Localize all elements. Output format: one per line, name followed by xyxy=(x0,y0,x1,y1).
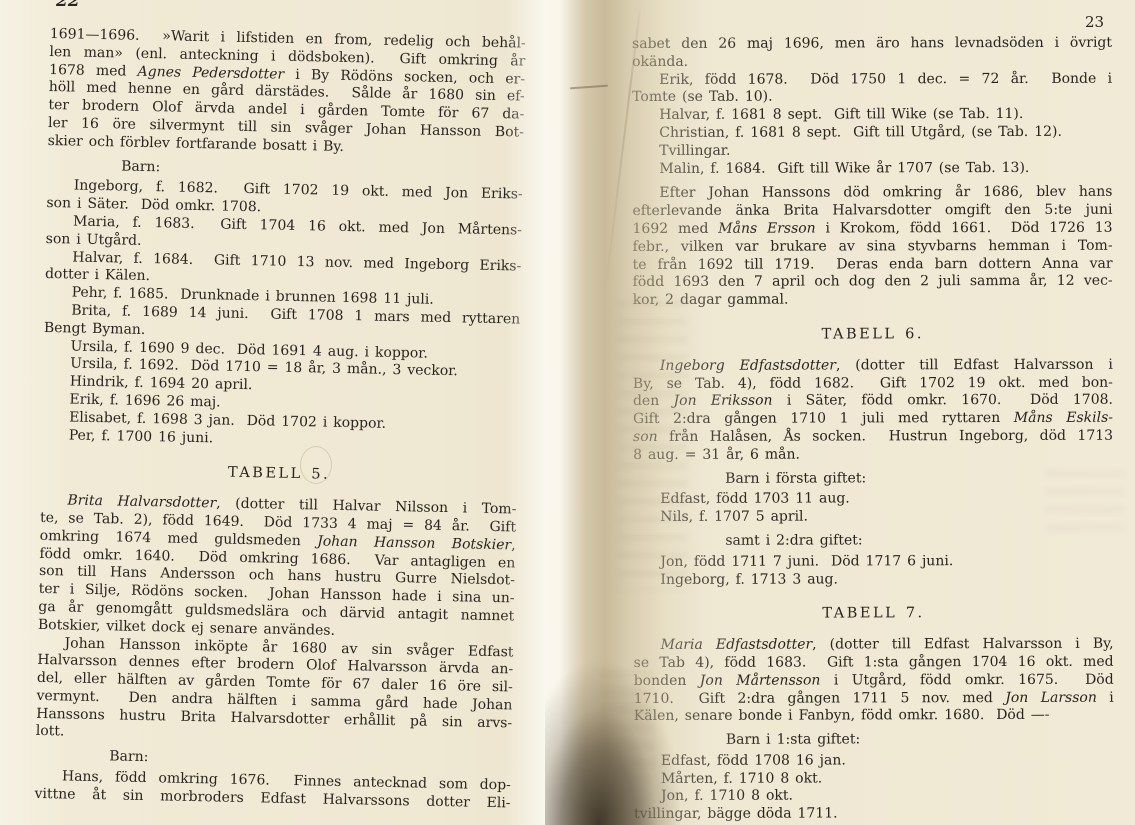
page-right-text-column: sabet den 26 maj 1696, men äro hans levn… xyxy=(632,35,1114,824)
text-run: Ingeborg, f. 1713 3 aug. xyxy=(660,571,838,587)
text-line: Mårten, f. 1710 8 okt. xyxy=(634,769,1114,788)
text-block-label: Barn i första giftet: xyxy=(725,469,1113,488)
text-block-p: Jon, f. 1710 8 okt. xyxy=(634,787,1114,806)
text-run: son i Säter. Död omkr. 1708. xyxy=(46,195,261,215)
text-line: Edfast, född 1708 16 jan. xyxy=(634,752,1114,771)
italic-name-run: Jon Eriksson xyxy=(673,393,772,409)
text-block-p: Johan Hansson inköpte år 1680 av sin svå… xyxy=(36,634,514,750)
text-run: Christian, f. 1681 8 sept. Gift till Utg… xyxy=(659,124,1062,141)
text-block-p: Edfast, född 1703 11 aug. xyxy=(633,490,1113,509)
text-run: Kälen, senare bonde i Fanbyn, född omkr.… xyxy=(634,707,1050,724)
text-block-p: Jon, född 1711 7 juni. Död 1717 6 juni. xyxy=(633,552,1113,571)
text-run: lott. xyxy=(36,723,65,740)
text-run: i Krokom, född 1661. Död 1726 13 xyxy=(816,220,1113,237)
text-run: i Utgård, född omkr. 1675. Död xyxy=(820,671,1113,688)
text-line: 8 aug. = 31 år, 6 mån. xyxy=(633,445,1113,464)
text-run: dotter i Kälen. xyxy=(45,266,150,284)
text-block-p: Tvillingar. xyxy=(632,142,1112,161)
text-block-p: Edfast, född 1708 16 jan. xyxy=(634,752,1114,771)
text-block-p: Erik, född 1678. Död 1750 1 dec. = 72 år… xyxy=(632,70,1112,107)
text-run: Barn i 1:sta giftet: xyxy=(726,731,860,747)
text-run: TABELL 5. xyxy=(228,465,331,483)
text-line: Maria Edfastsdotter, (dotter till Edfast… xyxy=(634,636,1114,655)
page-number-left: 22 xyxy=(56,0,80,11)
text-run: kor, 2 dagar gammal. xyxy=(633,292,789,308)
text-line: Barn i 1:sta giftet: xyxy=(726,731,1114,750)
text-line: Jon, född 1711 7 juni. Död 1717 6 juni. xyxy=(633,552,1113,571)
text-block-cont: sabet den 26 maj 1696, men äro hans levn… xyxy=(632,35,1112,72)
text-run: Barn: xyxy=(121,158,160,175)
text-line: Gift 2:dra gången 1710 1 juli med ryttar… xyxy=(633,410,1113,429)
text-run: Barn: xyxy=(109,749,148,766)
text-run: te från 1692 till 1719. Deras enda barn … xyxy=(633,255,1113,272)
text-block-heading: TABELL 5. xyxy=(41,461,517,488)
text-line: Barn i första giftet: xyxy=(725,469,1113,488)
text-run: Edfast, född 1703 11 aug. xyxy=(660,491,850,507)
italic-name-run: Brita Halvarsdotter xyxy=(67,493,216,512)
text-run: 1692 med xyxy=(632,221,718,237)
text-line: 1692 med Måns Ersson i Krokom, född 1661… xyxy=(632,220,1112,239)
text-run: Malin, f. 1684. Gift till Wike år 1707 (… xyxy=(659,160,1029,177)
text-line: kor, 2 dagar gammal. xyxy=(633,291,1113,310)
text-line: TABELL 7. xyxy=(633,605,1113,624)
text-block-p: Christian, f. 1681 8 sept. Gift till Utg… xyxy=(632,124,1112,143)
text-block-cont: tvillingar, bägge döda 1711. xyxy=(634,805,1114,824)
text-run: Jon, född 1711 7 juni. Död 1717 6 juni. xyxy=(660,553,953,570)
text-run: samt i 2:dra giftet: xyxy=(725,532,862,548)
page-number-right: 23 xyxy=(1085,13,1104,31)
text-line: Nils, f. 1707 5 april. xyxy=(633,508,1113,527)
text-block-label: samt i 2:dra giftet: xyxy=(725,532,1113,551)
text-run: Edfast, född 1708 16 jan. xyxy=(661,752,846,768)
text-block-p: Ingeborg Edfastsdotter, (dotter till Edf… xyxy=(633,356,1113,464)
text-line: Edfast, född 1703 11 aug. xyxy=(633,490,1113,509)
text-run: , (dotter till Edfast Halvarsson i xyxy=(836,356,1113,373)
text-block-p: Efter Johan Hanssons död omkring år 1686… xyxy=(632,184,1112,310)
text-line: tvillingar, bägge döda 1711. xyxy=(634,805,1114,824)
text-run: Barn i första giftet: xyxy=(725,470,866,486)
text-block-p: Malin, f. 1684. Gift till Wike år 1707 (… xyxy=(632,159,1112,178)
text-run: 1678 med xyxy=(49,62,138,80)
text-line: Kälen, senare bonde i Fanbyn, född omkr.… xyxy=(634,707,1114,726)
text-run: Jon, f. 1710 8 okt. xyxy=(661,788,793,804)
text-block-cont: 1691—1696. »Warit i lifstiden en from, r… xyxy=(47,26,525,160)
text-run: okända. xyxy=(632,54,688,70)
text-line: Christian, f. 1681 8 sept. Gift till Utg… xyxy=(632,124,1112,143)
text-line: bonden Jon Mårtensson i Utgård, född omk… xyxy=(634,671,1114,690)
text-run: By, se Tab. 4), född 1682. Gift 1702 19 … xyxy=(633,374,1113,391)
text-line: sabet den 26 maj 1696, men äro hans levn… xyxy=(632,35,1112,54)
text-run: i Säter, född omkr. 1670. Död 1708. xyxy=(773,392,1113,409)
italic-name-run: Jon Mårtensson xyxy=(700,672,821,688)
stray-pencil-mark xyxy=(570,85,608,90)
text-block-p: Hans, född omkring 1676. Finnes anteckna… xyxy=(34,768,511,813)
text-line: Erik, född 1678. Död 1750 1 dec. = 72 år… xyxy=(632,70,1112,89)
text-line: Efter Johan Hanssons död omkring år 1686… xyxy=(632,184,1112,203)
text-line: se Tab 4), född 1683. Gift 1:sta gången … xyxy=(634,654,1114,673)
text-line: 1710. Gift 2:dra gången 1711 5 nov. med … xyxy=(634,689,1114,708)
text-line: son från Halåsen, Ås socken. Hustrun Ing… xyxy=(633,428,1113,447)
text-run: Per, f. 1700 16 juni. xyxy=(69,427,214,446)
text-run: efterlevande änka Brita Halvarsdotter om… xyxy=(632,202,1112,219)
text-line: den Jon Eriksson i Säter, född omkr. 167… xyxy=(633,392,1113,411)
italic-name-run: Måns Ersson xyxy=(718,220,815,236)
italic-name-run: son xyxy=(633,429,658,445)
text-line: febr., vilken var brukare av sina styvba… xyxy=(633,238,1113,257)
text-run: 8 aug. = 31 år, 6 mån. xyxy=(633,446,800,462)
text-run: Gift 2:dra gången 1710 1 juli med ryttar… xyxy=(633,410,1014,427)
text-line: Malin, f. 1684. Gift till Wike år 1707 (… xyxy=(632,159,1112,178)
text-run: från Halåsen, Ås socken. Hustrun Ingebor… xyxy=(658,428,1113,445)
text-run: Efter Johan Hanssons död omkring år 1686… xyxy=(659,184,1112,201)
italic-name-run: Johan Hansson Botskier xyxy=(317,533,511,553)
text-run: tvillingar, bägge döda 1711. xyxy=(634,806,838,823)
page-left-text-column: 1691—1696. »Warit i lifstiden en from, r… xyxy=(34,26,526,813)
text-block-p: Nils, f. 1707 5 april. xyxy=(633,508,1113,527)
italic-name-run: Måns Eskils- xyxy=(1014,410,1113,426)
text-line: Tomte (se Tab. 10). xyxy=(632,88,1112,107)
text-run: född 1693 den 7 april och dog den 2 juli… xyxy=(633,273,1113,290)
text-line: Ingeborg, f. 1713 3 aug. xyxy=(633,570,1113,589)
text-block-p: Brita Halvarsdotter, (dotter till Halvar… xyxy=(38,492,517,644)
text-run: Halvar, f. 1681 8 sept. Gift till Wike (… xyxy=(659,106,1023,123)
text-run: Bengt Byman. xyxy=(44,320,146,338)
text-run: son i Utgård. xyxy=(46,231,142,249)
text-line: TABELL 6. xyxy=(633,326,1113,345)
italic-name-run: Ingeborg Edfastsdotter xyxy=(660,357,836,373)
text-run: , (dotter till Edfast Halvarsson i By, xyxy=(812,636,1113,653)
text-line: te från 1692 till 1719. Deras enda barn … xyxy=(633,255,1113,274)
text-block-p: Maria Edfastsdotter, (dotter till Edfast… xyxy=(634,636,1114,726)
text-block-heading: TABELL 7. xyxy=(633,605,1113,624)
text-run: Tvillingar. xyxy=(659,143,730,159)
book-scan: 22 23 1691—1696. »Warit i lifstiden en f… xyxy=(0,0,1135,825)
text-line: Halvar, f. 1681 8 sept. Gift till Wike (… xyxy=(632,106,1112,125)
text-line: Tvillingar. xyxy=(632,142,1112,161)
italic-name-run: Maria Edfastsdotter xyxy=(661,637,813,653)
text-run: , xyxy=(511,537,516,553)
italic-name-run: Agnes Pedersdotter xyxy=(137,63,284,82)
text-block-heading: TABELL 6. xyxy=(633,326,1113,345)
italic-name-run: Jon Larsson xyxy=(1005,689,1097,705)
text-run: Erik, född 1678. Död 1750 1 dec. = 72 år… xyxy=(659,70,1112,87)
text-run: se Tab 4), född 1683. Gift 1:sta gången … xyxy=(634,654,1114,671)
text-line: Ingeborg Edfastsdotter, (dotter till Edf… xyxy=(633,356,1113,375)
text-run: den xyxy=(633,393,674,409)
text-block-label: Barn i 1:sta giftet: xyxy=(726,731,1114,750)
text-run: TABELL 6. xyxy=(822,326,924,342)
text-line: TABELL 5. xyxy=(41,461,517,488)
text-run: TABELL 7. xyxy=(822,606,924,622)
text-block-p: Ingeborg, f. 1713 3 aug. xyxy=(633,570,1113,589)
text-line: okända. xyxy=(632,53,1112,72)
text-run: sabet den 26 maj 1696, men äro hans levn… xyxy=(632,35,1112,52)
text-run: 1710. Gift 2:dra gången 1711 5 nov. med xyxy=(634,690,1006,707)
text-line: efterlevande änka Brita Halvarsdotter om… xyxy=(632,202,1112,221)
text-run: bonden xyxy=(634,673,700,689)
text-run: Nils, f. 1707 5 april. xyxy=(660,509,808,525)
text-line: Jon, f. 1710 8 okt. xyxy=(634,787,1114,806)
text-run: i xyxy=(1097,689,1114,705)
text-run: Hindrik, f. 1694 20 april. xyxy=(70,374,253,394)
text-block-p: Halvar, f. 1681 8 sept. Gift till Wike (… xyxy=(632,106,1112,125)
text-line: By, se Tab. 4), född 1682. Gift 1702 19 … xyxy=(633,374,1113,393)
text-run: Tomte (se Tab. 10). xyxy=(632,89,772,105)
text-block-p: Mårten, f. 1710 8 okt. xyxy=(634,769,1114,788)
text-run: febr., vilken var brukare av sina styvba… xyxy=(633,238,1113,255)
text-run: Erik, f. 1696 26 maj. xyxy=(69,391,220,410)
text-line: född 1693 den 7 april och dog den 2 juli… xyxy=(633,273,1113,292)
text-line: samt i 2:dra giftet: xyxy=(725,532,1113,551)
text-run: Mårten, f. 1710 8 okt. xyxy=(661,770,822,786)
